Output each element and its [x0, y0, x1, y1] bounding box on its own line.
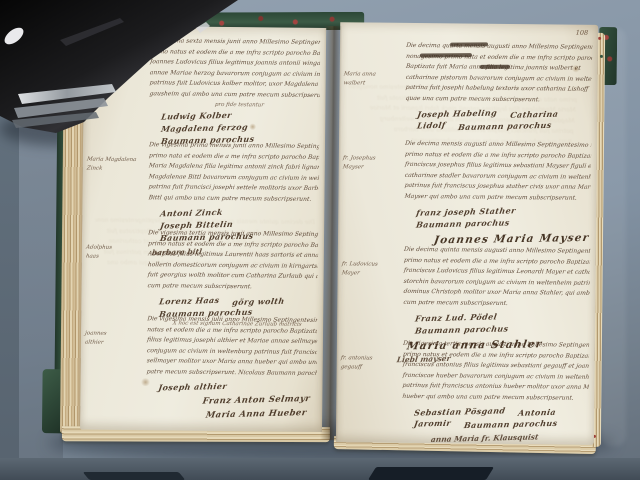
handwritten-line: patre mecum subscripserunt. Nicolaus Bau…: [146, 367, 317, 379]
handwritten-line: quae una cum patre mecum subscripserunt.: [405, 94, 592, 107]
margin-note: fr. LudovicusMayer: [342, 260, 404, 279]
table-edge-dark-shape: [368, 467, 494, 480]
marble-fleck: [600, 55, 603, 58]
right-page: 108 Die vigesima prima mensis junii anno…: [336, 22, 598, 445]
margin-note-line: walbert: [343, 79, 406, 89]
handwritten-line: cum patre mecum subscripserunt.: [147, 281, 318, 293]
signature: Joseph althier: [158, 380, 228, 392]
signature: Franz Lud. Pödel: [414, 311, 497, 323]
margin-note: Maria MagdalenaZinck: [87, 156, 149, 175]
table-edge-dark-shape: [83, 472, 186, 480]
signature: Joseph Habeling: [417, 107, 498, 119]
margin-note: fr. antoniusgegauff: [341, 354, 403, 373]
signature: Baumann parochus: [415, 217, 510, 229]
baptism-entry: Adolphushaas Die vigesima tertia mensis …: [81, 228, 324, 328]
page-number: 108: [576, 29, 589, 37]
signature: franz joseph Stather: [416, 205, 517, 217]
entry-body: Die decima mensis augusti anno Millesimo…: [404, 139, 591, 205]
signature: anna Maria fr. Klausquist: [430, 431, 594, 444]
margin-note-line: gegauff: [340, 363, 403, 373]
entry-body: Die vigesima prima mensis junii anno Mil…: [148, 140, 319, 205]
ink-correction-blot: [480, 65, 510, 69]
signature-row: Joseph HabelingCatharinaLidolfBaumann pa…: [417, 108, 593, 134]
scanner-arm: [0, 0, 250, 150]
margin-note-line: Mayser: [342, 163, 405, 173]
witness-signature-block: Franz Anton SelmayrMaria Anna Hueber: [176, 395, 336, 425]
baptism-entry: Maria annawalbert Die decima quarta mens…: [339, 40, 598, 133]
baptism-entry: fr. JosephusMayser Die decima mensis aug…: [338, 138, 597, 245]
signature: Lidolf: [416, 119, 446, 130]
margin-note-line: haas: [85, 253, 148, 263]
margin-note: fr. JosephusMayser: [343, 154, 405, 173]
baptism-entry: joannesalthier Die vigesima mensis julii…: [80, 314, 323, 395]
entry-body: Die decima quarta mensis augusti anno Mi…: [405, 41, 592, 107]
handwritten-line: hueber qui ambo una cum patre mecum subs…: [402, 392, 589, 405]
signature: Baumann parochus: [414, 323, 509, 335]
signature: Baumann parochus: [458, 119, 553, 131]
signature: Antonia: [518, 406, 557, 417]
signature: Jaromir: [413, 417, 452, 428]
signature: görg wolth: [232, 295, 286, 306]
entry-body: Die decima quinta mensis augusti anno Mi…: [403, 245, 590, 311]
ink-correction-blot: [420, 53, 472, 57]
photo-scene: Die decima quinta mensis augusti anno Mi…: [0, 0, 640, 480]
signature-row: franz joseph StatherBaumann parochus: [416, 206, 592, 232]
entry-body: Die vigesima mensis julii anno Millesimo…: [147, 314, 318, 379]
signature: Franz Anton Selmayr: [176, 393, 337, 407]
margin-note: joannesalthier: [85, 330, 147, 349]
margin-note: Adolphushaas: [86, 244, 148, 263]
signature-row: Sebastian PösgandAntoniaJaromirBaumann p…: [414, 406, 590, 432]
signature: Catharina: [509, 108, 559, 119]
signature-row: Joseph althier: [158, 381, 318, 395]
margin-note-line: Zinck: [86, 165, 149, 175]
signature-large: Joannes Maria Mayser: [433, 231, 597, 246]
margin-note-line: althier: [84, 339, 147, 349]
handwritten-line: cum patre mecum subscripserunt.: [403, 298, 590, 311]
entry-body: Die vigesima tertia mensis junii anno Mi…: [147, 228, 318, 293]
signature: Baumann parochus: [463, 417, 558, 429]
margin-note: Maria annawalbert: [344, 70, 406, 89]
signature: Lorenz Haas: [159, 294, 221, 306]
ink-correction-blot: [450, 42, 488, 46]
handwritten-line: Bittl qui ambo una cum patre mecum subsc…: [148, 193, 319, 205]
marble-fleck: [598, 37, 601, 40]
signature: Antoni Zinck: [160, 206, 224, 218]
signature: Maria Anna Hueber: [175, 407, 336, 421]
handwritten-line: Mayser qui ambo una cum patre mecum subs…: [404, 192, 591, 205]
signature-row: Franz Lud. PödelBaumann parochus: [415, 312, 591, 338]
baptism-entry: fr. antoniusgegauff Die vigesima tertia …: [336, 338, 595, 442]
margin-note-line: Mayer: [341, 269, 404, 279]
signature: Sebastian Pösgand: [413, 405, 506, 417]
entry-body: Die vigesima tertia mensis augusti anno …: [402, 339, 589, 405]
